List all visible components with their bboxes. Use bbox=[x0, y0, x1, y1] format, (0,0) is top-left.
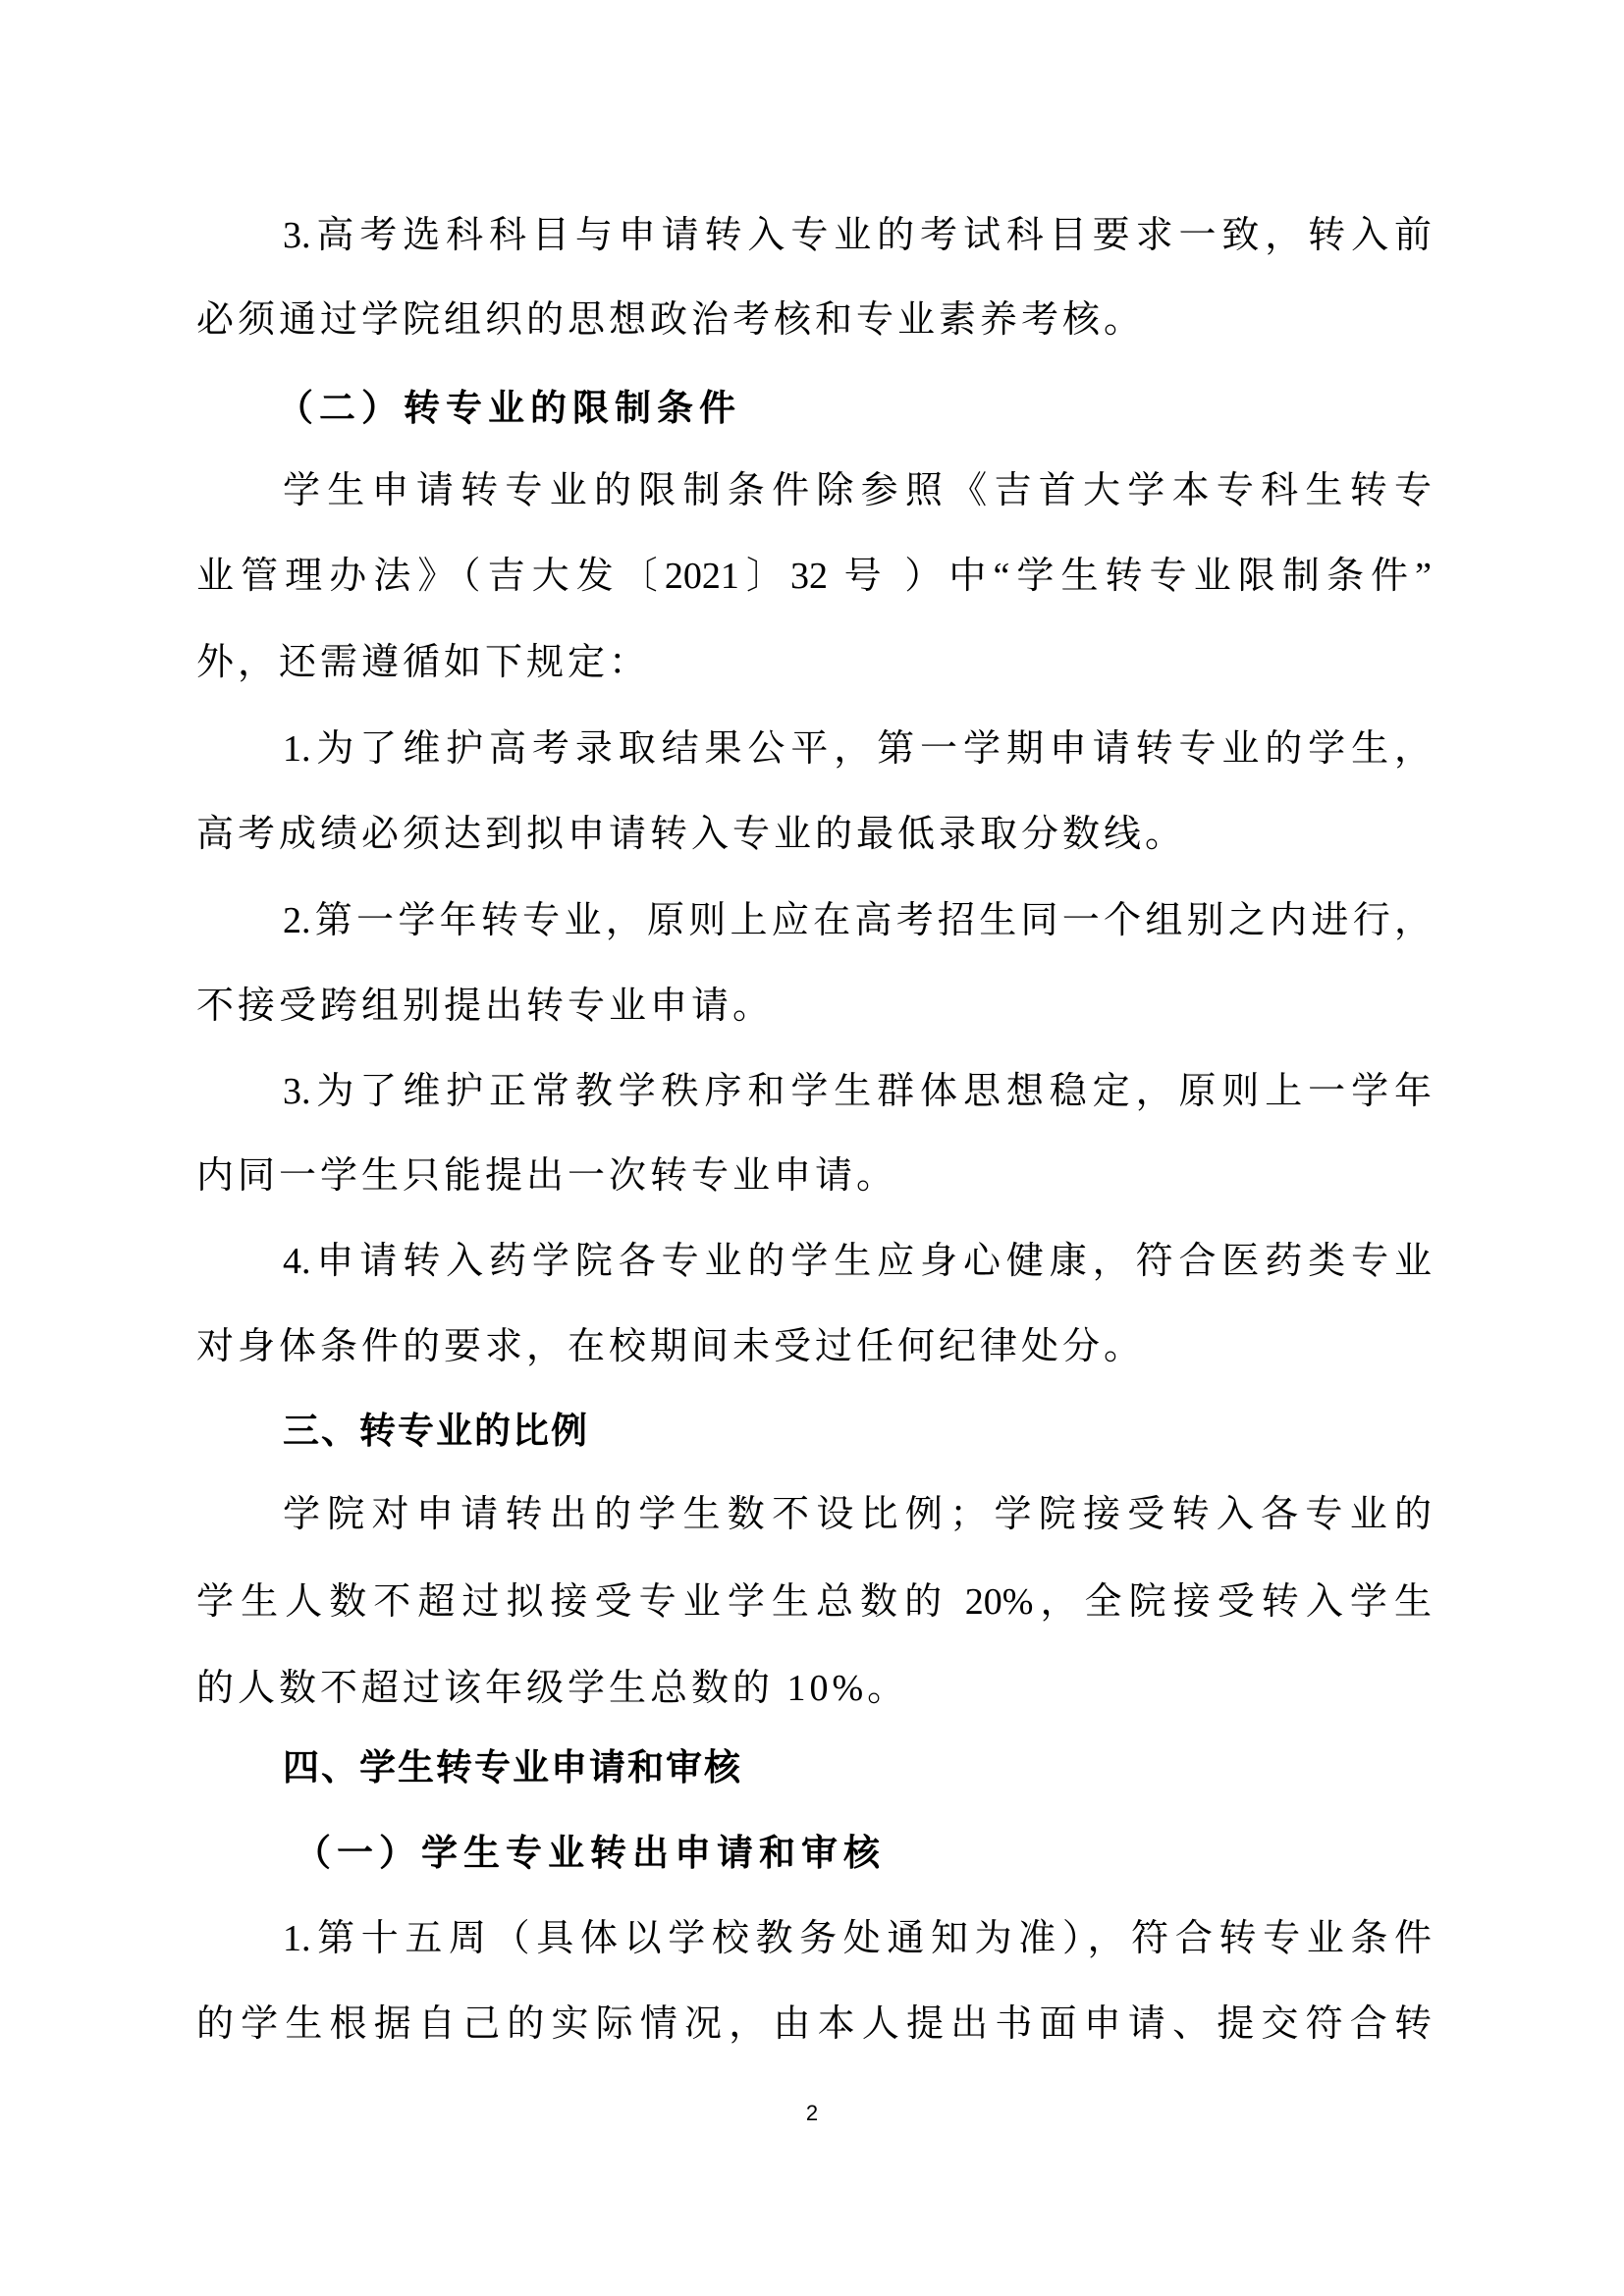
paragraph-line: 3.高考选科科目与申请转入专业的考试科目要求一致，转入前 bbox=[283, 206, 1432, 265]
paragraph-line: 的人数不超过该年级学生总数的 10%。 bbox=[196, 1659, 908, 1718]
paragraph-line: 学院对申请转出的学生数不设比例；学院接受转入各专业的 bbox=[283, 1485, 1432, 1544]
paragraph-line: 的学生根据自己的实际情况，由本人提出书面申请、提交符合转 bbox=[196, 1995, 1432, 2054]
paragraph-line: 业管理办法》（吉大发〔2021〕32 号 ）中“学生转专业限制条件” bbox=[196, 547, 1432, 606]
paragraph-line: 2.第一学年转专业，原则上应在高考招生同一个组别之内进行， bbox=[283, 891, 1432, 950]
paragraph-line: 3.为了维护正常教学秩序和学生群体思想稳定，原则上一学年 bbox=[283, 1062, 1432, 1121]
paragraph-line: 1.第十五周（具体以学校教务处通知为准），符合转专业条件 bbox=[283, 1909, 1432, 1968]
paragraph-line: 必须通过学院组织的思想政治考核和专业素养考核。 bbox=[196, 291, 1145, 349]
document-page: 3.高考选科科目与申请转入专业的考试科目要求一致，转入前 必须通过学院组织的思想… bbox=[0, 0, 1624, 2296]
paragraph-line: 学生人数不超过拟接受专业学生总数的 20%，全院接受转入学生 bbox=[196, 1573, 1432, 1631]
paragraph-line: 学生申请转专业的限制条件除参照《吉首大学本专科生转专 bbox=[283, 461, 1432, 520]
heading-transfer-ratio: 三、转专业的比例 bbox=[283, 1402, 589, 1461]
subheading-transfer-out: （一）学生专业转出申请和审核 bbox=[295, 1823, 886, 1882]
subheading-restrictions: （二）转专业的限制条件 bbox=[277, 378, 741, 437]
paragraph-line: 高考成绩必须达到拟申请转入专业的最低录取分数线。 bbox=[196, 805, 1186, 864]
paragraph-line: 4.申请转入药学院各专业的学生应身心健康，符合医药类专业 bbox=[283, 1232, 1432, 1291]
paragraph-line: 内同一学生只能提出一次转专业申请。 bbox=[196, 1147, 897, 1205]
page-number: 2 bbox=[799, 2101, 825, 2126]
paragraph-line: 外，还需遵循如下规定： bbox=[196, 633, 650, 692]
paragraph-line: 不接受跨组别提出转专业申请。 bbox=[196, 977, 774, 1036]
heading-application-review: 四、学生转专业申请和审核 bbox=[283, 1738, 742, 1797]
paragraph-line: 对身体条件的要求，在校期间未受过任何纪律处分。 bbox=[196, 1317, 1145, 1376]
paragraph-line: 1.为了维护高考录取结果公平，第一学期申请转专业的学生， bbox=[283, 720, 1432, 778]
